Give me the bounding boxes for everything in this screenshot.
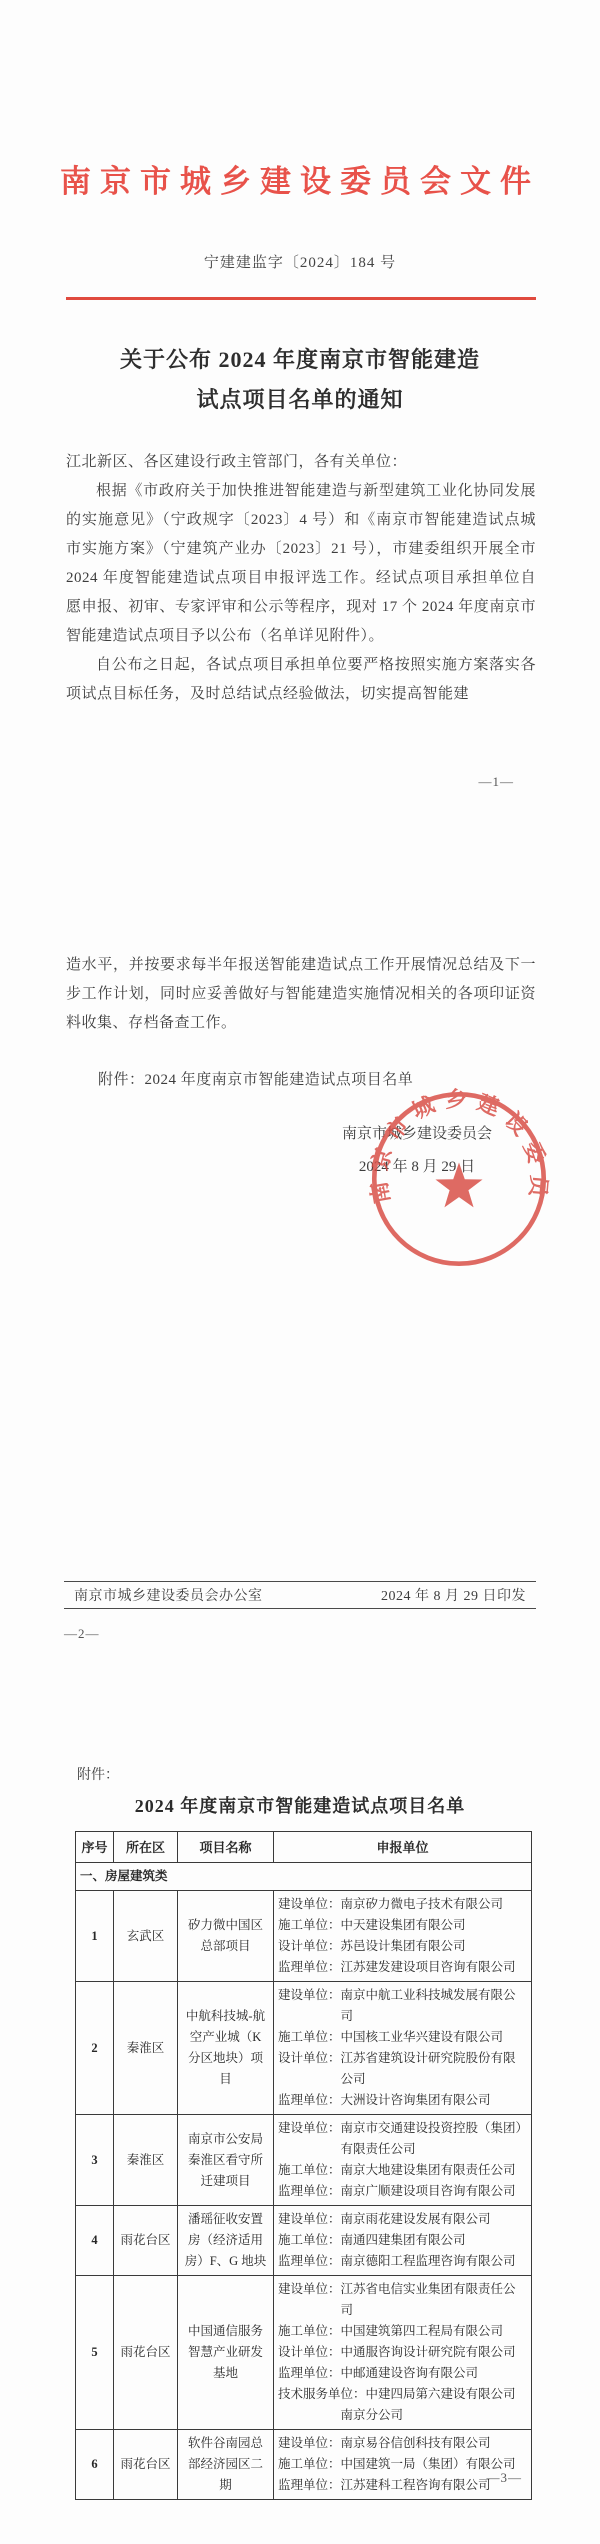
column-header: 所在区	[114, 1832, 178, 1863]
unit-line: 技术服务单位：中建四局第六建设有限公司南京分公司	[278, 2384, 527, 2426]
column-header: 序号	[76, 1832, 114, 1863]
unit-line: 建设单位：南京矽力微电子技术有限公司	[278, 1894, 527, 1915]
unit-line: 监理单位：中邮通建设咨询有限公司	[278, 2363, 527, 2384]
unit-line: 监理单位：南京广顺建设项目咨询有限公司	[278, 2181, 527, 2202]
table-header-row: 序号所在区项目名称申报单位	[76, 1832, 532, 1863]
table-row: 3秦淮区南京市公安局秦淮区看守所迁建项目建设单位：南京市交通建设投资控股（集团）…	[76, 2115, 532, 2206]
cell-district: 雨花台区	[114, 2276, 178, 2430]
cell-applicant-units: 建设单位：南京市交通建设投资控股（集团）有限责任公司施工单位：南京大地建设集团有…	[274, 2115, 532, 2206]
notice-title-line1: 关于公布 2024 年度南京市智能建造	[0, 340, 600, 380]
unit-line: 监理单位：江苏建发建设项目咨询有限公司	[278, 1957, 527, 1978]
section-row: 一、房屋建筑类	[76, 1863, 532, 1891]
seal-star-icon	[435, 1162, 482, 1207]
unit-line: 建设单位：南京雨花建设发展有限公司	[278, 2209, 527, 2230]
table-row: 5雨花台区中国通信服务智慧产业研发基地建设单位：江苏省电信实业集团有限责任公司施…	[76, 2276, 532, 2430]
paragraph-2-part2: 造水平，并按要求每半年报送智能建造试点工作开展情况总结及下一步工作计划，同时应妥…	[66, 951, 536, 1038]
cell-index: 1	[76, 1891, 114, 1982]
letterhead-title: 南京市城乡建设委员会文件	[0, 156, 600, 201]
unit-line: 设计单位：江苏省建筑设计研究院股份有限公司	[278, 2048, 527, 2090]
body-page1: 江北新区、各区建设行政主管部门，各有关单位： 根据《市政府关于加快推进智能建造与…	[66, 448, 536, 709]
cell-index: 2	[76, 1982, 114, 2115]
cell-project-name: 软件谷南园总部经济园区二期	[178, 2430, 274, 2500]
unit-line: 建设单位：南京市交通建设投资控股（集团）有限责任公司	[278, 2118, 527, 2160]
page-number-2: —2—	[64, 1626, 100, 1642]
cell-district: 秦淮区	[114, 1982, 178, 2115]
footer-imprint: 南京市城乡建设委员会办公室 2024 年 8 月 29 日印发	[64, 1581, 536, 1609]
unit-line: 设计单位：苏邑设计集团有限公司	[278, 1936, 527, 1957]
cell-project-name: 潘瑶征收安置房（经济适用房）F、G 地块	[178, 2206, 274, 2276]
cell-index: 3	[76, 2115, 114, 2206]
document-page: 南京市城乡建设委员会文件 宁建建监字〔2024〕184 号 关于公布 2024 …	[0, 0, 600, 2544]
unit-line: 施工单位：中国核工业华兴建设有限公司	[278, 2027, 527, 2048]
page-number-3: —3—	[487, 2470, 523, 2486]
unit-line: 施工单位：中天建设集团有限公司	[278, 1915, 527, 1936]
cell-index: 4	[76, 2206, 114, 2276]
cell-applicant-units: 建设单位：南京矽力微电子技术有限公司施工单位：中天建设集团有限公司设计单位：苏邑…	[274, 1891, 532, 1982]
column-header: 项目名称	[178, 1832, 274, 1863]
cell-district: 雨花台区	[114, 2206, 178, 2276]
section-label: 一、房屋建筑类	[76, 1863, 532, 1891]
salutation: 江北新区、各区建设行政主管部门，各有关单位：	[66, 448, 536, 477]
body-page2: 造水平，并按要求每半年报送智能建造试点工作开展情况总结及下一步工作计划，同时应妥…	[66, 951, 536, 1038]
unit-line: 建设单位：江苏省电信实业集团有限责任公司	[278, 2279, 527, 2321]
letterhead-divider	[66, 297, 536, 300]
cell-project-name: 南京市公安局秦淮区看守所迁建项目	[178, 2115, 274, 2206]
unit-line: 建设单位：南京易谷信创科技有限公司	[278, 2433, 527, 2454]
cell-applicant-units: 建设单位：南京中航工业科技城发展有限公司施工单位：中国核工业华兴建设有限公司设计…	[274, 1982, 532, 2115]
unit-line: 设计单位：中通服咨询设计研究院有限公司	[278, 2342, 527, 2363]
cell-district: 雨花台区	[114, 2430, 178, 2500]
unit-line: 监理单位：大洲设计咨询集团有限公司	[278, 2090, 527, 2111]
cell-project-name: 中航科技城-航空产业城（K 分区地块）项目	[178, 1982, 274, 2115]
table-row: 4雨花台区潘瑶征收安置房（经济适用房）F、G 地块建设单位：南京雨花建设发展有限…	[76, 2206, 532, 2276]
column-header: 申报单位	[274, 1832, 532, 1863]
table-body: 一、房屋建筑类1玄武区矽力微中国区总部项目建设单位：南京矽力微电子技术有限公司施…	[76, 1863, 532, 2500]
footer-office: 南京市城乡建设委员会办公室	[74, 1585, 263, 1605]
document-number: 宁建建监字〔2024〕184 号	[0, 251, 600, 272]
cell-index: 6	[76, 2430, 114, 2500]
table-row: 6雨花台区软件谷南园总部经济园区二期建设单位：南京易谷信创科技有限公司施工单位：…	[76, 2430, 532, 2500]
unit-line: 施工单位：中国建筑第四工程局有限公司	[278, 2321, 527, 2342]
cell-project-name: 矽力微中国区总部项目	[178, 1891, 274, 1982]
unit-line: 监理单位：南京德阳工程监理咨询有限公司	[278, 2251, 527, 2272]
cell-index: 5	[76, 2276, 114, 2430]
unit-line: 施工单位：南京大地建设集团有限责任公司	[278, 2160, 527, 2181]
official-seal-icon: 南京市城乡建设委员会	[366, 1086, 552, 1272]
unit-line: 施工单位：南通四建集团有限公司	[278, 2230, 527, 2251]
cell-project-name: 中国通信服务智慧产业研发基地	[178, 2276, 274, 2430]
footer-print-date: 2024 年 8 月 29 日印发	[381, 1585, 526, 1605]
page-number-1: —1—	[479, 774, 515, 790]
attachment-title: 2024 年度南京市智能建造试点项目名单	[0, 1792, 600, 1818]
attachment-label: 附件：	[77, 1764, 119, 1784]
unit-line: 建设单位：南京中航工业科技城发展有限公司	[278, 1985, 527, 2027]
notice-title-line2: 试点项目名单的通知	[0, 380, 600, 420]
cell-applicant-units: 建设单位：江苏省电信实业集团有限责任公司施工单位：中国建筑第四工程局有限公司设计…	[274, 2276, 532, 2430]
paragraph-2-part1: 自公布之日起，各试点项目承担单位要严格按照实施方案落实各项试点目标任务，及时总结…	[66, 651, 536, 709]
cell-applicant-units: 建设单位：南京易谷信创科技有限公司施工单位：中国建筑一局（集团）有限公司监理单位…	[274, 2430, 532, 2500]
table-row: 1玄武区矽力微中国区总部项目建设单位：南京矽力微电子技术有限公司施工单位：中天建…	[76, 1891, 532, 1982]
cell-district: 秦淮区	[114, 2115, 178, 2206]
cell-district: 玄武区	[114, 1891, 178, 1982]
notice-title: 关于公布 2024 年度南京市智能建造 试点项目名单的通知	[0, 340, 600, 420]
project-table: 序号所在区项目名称申报单位 一、房屋建筑类1玄武区矽力微中国区总部项目建设单位：…	[75, 1831, 532, 2500]
paragraph-1: 根据《市政府关于加快推进智能建造与新型建筑工业化协同发展的实施意见》（宁政规字〔…	[66, 477, 536, 651]
table-row: 2秦淮区中航科技城-航空产业城（K 分区地块）项目建设单位：南京中航工业科技城发…	[76, 1982, 532, 2115]
cell-applicant-units: 建设单位：南京雨花建设发展有限公司施工单位：南通四建集团有限公司监理单位：南京德…	[274, 2206, 532, 2276]
